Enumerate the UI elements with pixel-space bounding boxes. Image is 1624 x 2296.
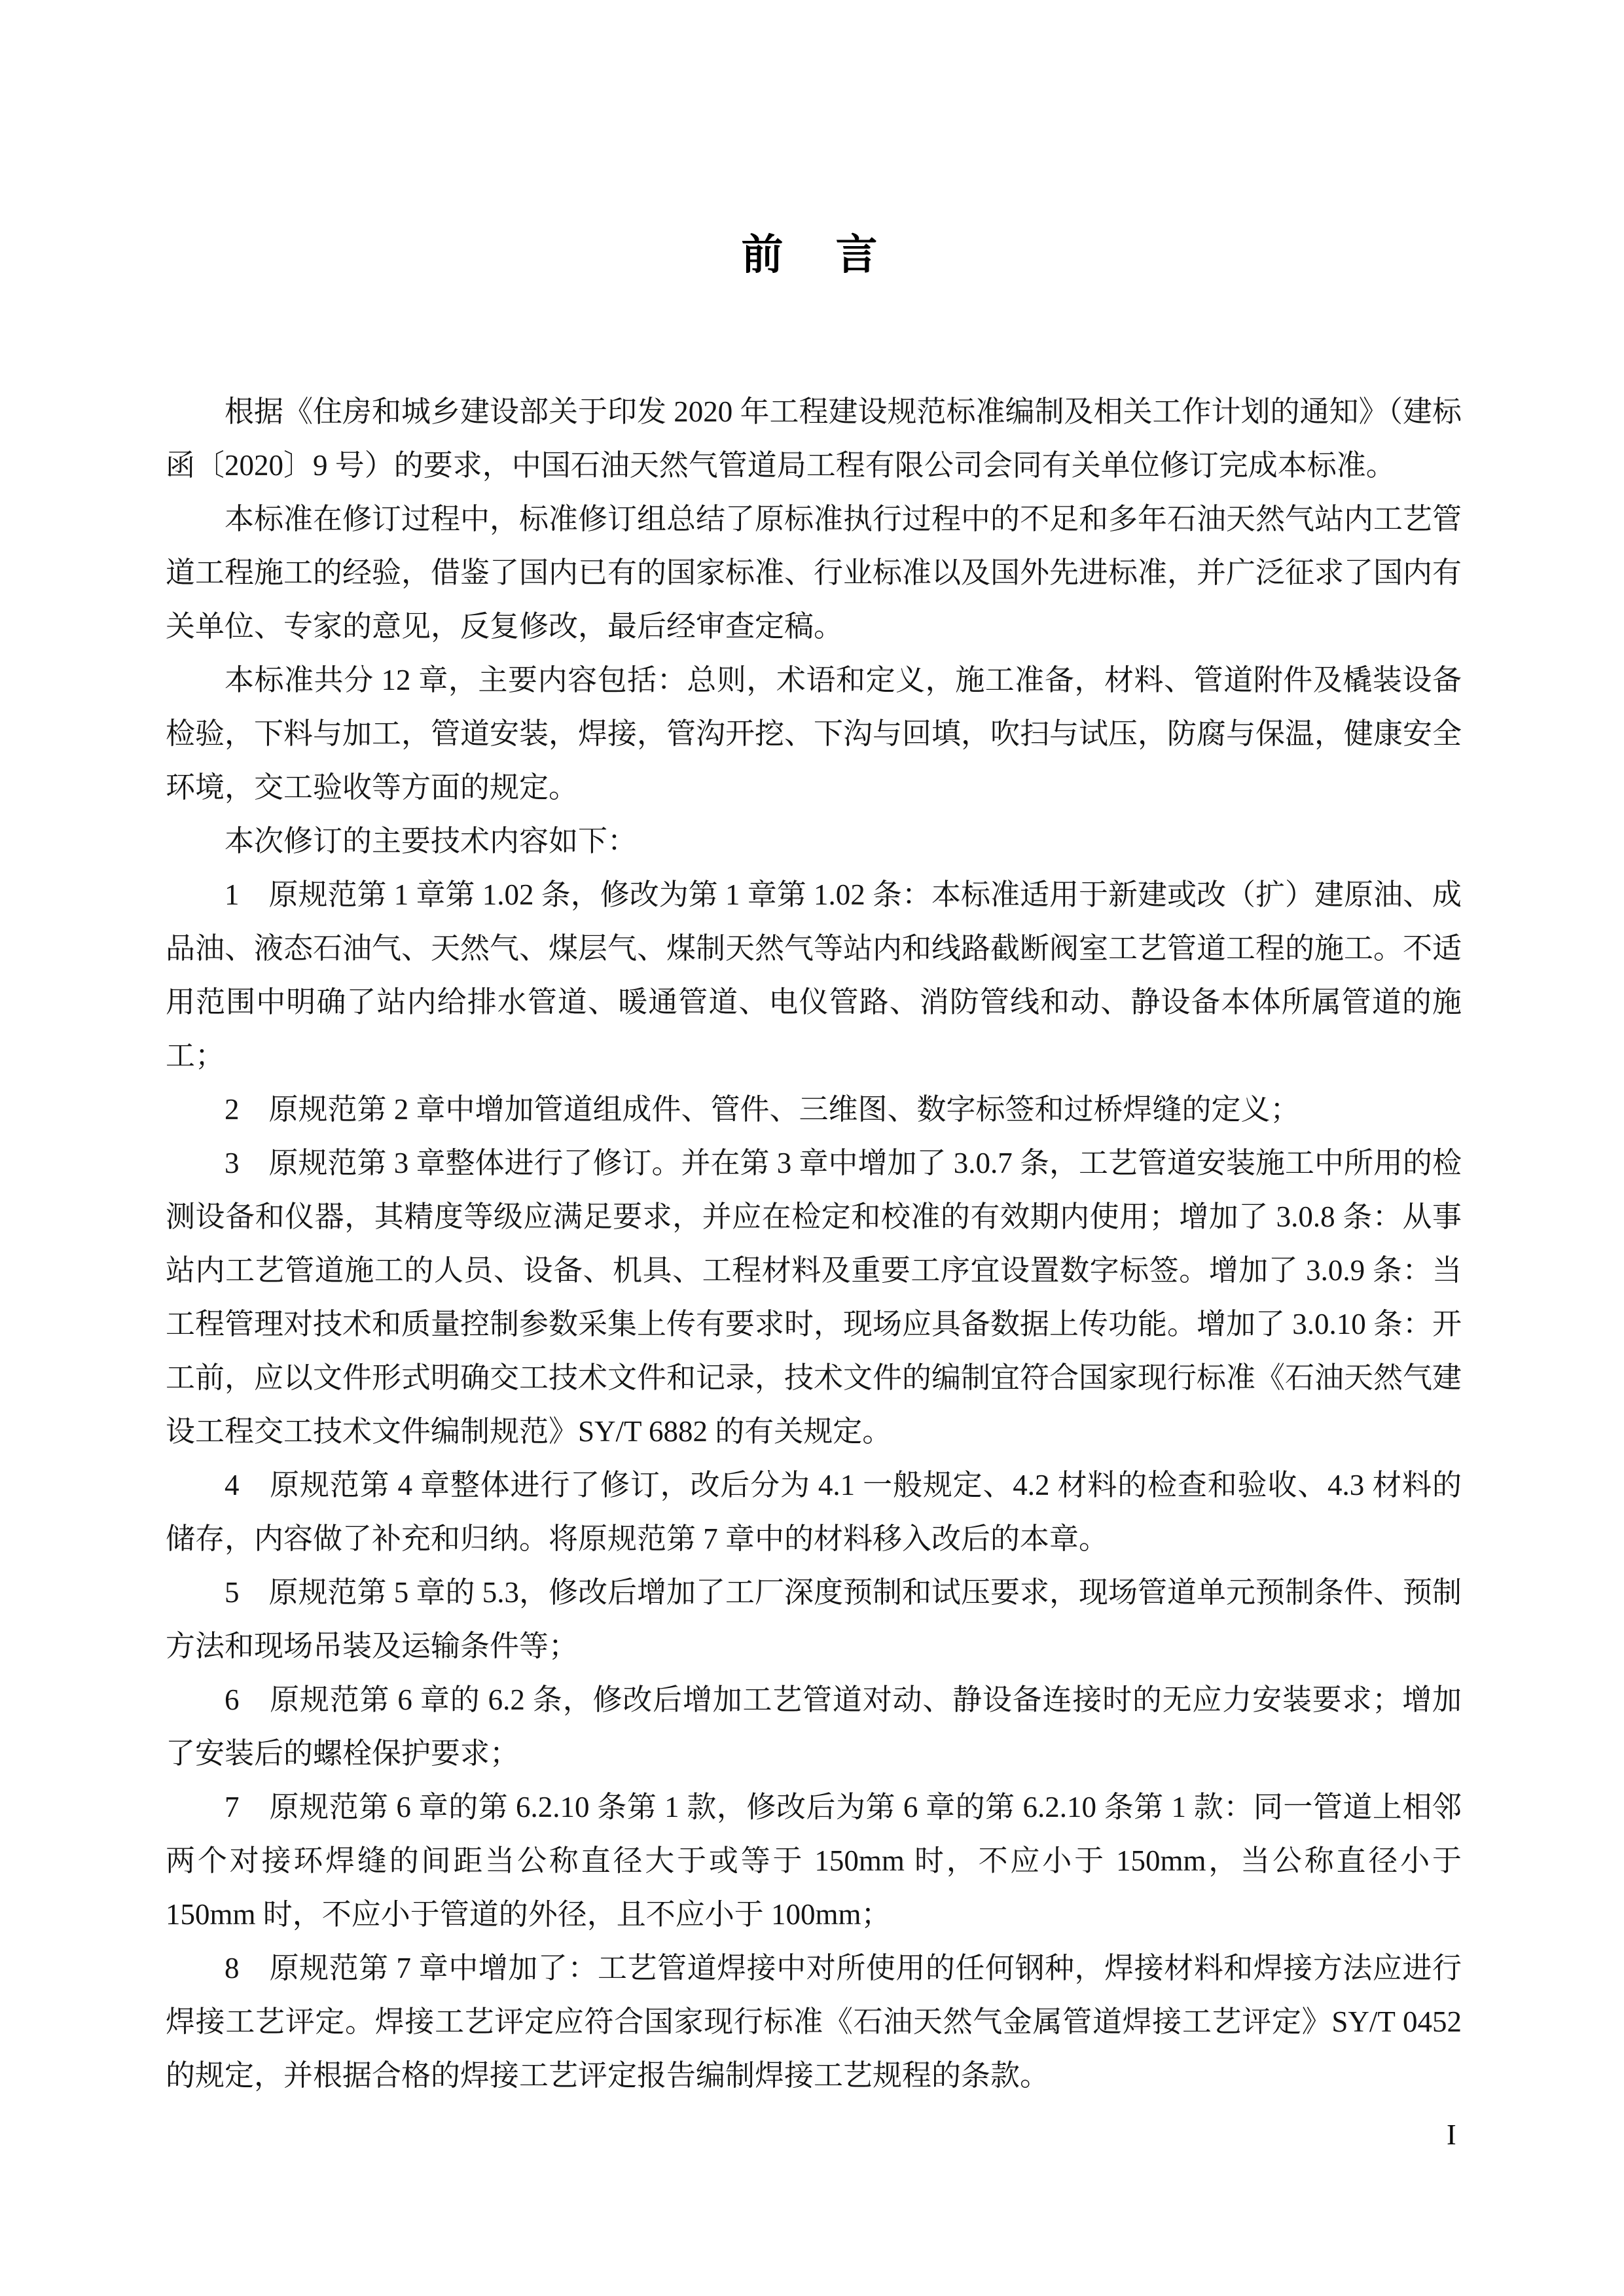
paragraph: 根据《住房和城乡建设部关于印发 2020 年工程建设规范标准编制及相关工作计划的… bbox=[166, 385, 1462, 492]
paragraph: 7 原规范第 6 章的第 6.2.10 条第 1 款，修改后为第 6 章的第 6… bbox=[166, 1780, 1462, 1941]
document-body: 根据《住房和城乡建设部关于印发 2020 年工程建设规范标准编制及相关工作计划的… bbox=[166, 385, 1462, 2102]
document-page: 前 言 根据《住房和城乡建设部关于印发 2020 年工程建设规范标准编制及相关工… bbox=[0, 0, 1624, 2296]
paragraph: 6 原规范第 6 章的 6.2 条，修改后增加工艺管道对动、静设备连接时的无应力… bbox=[166, 1673, 1462, 1780]
page-title: 前 言 bbox=[0, 221, 1624, 281]
paragraph: 2 原规范第 2 章中增加管道组成件、管件、三维图、数字标签和过桥焊缝的定义； bbox=[166, 1083, 1462, 1136]
paragraph: 3 原规范第 3 章整体进行了修订。并在第 3 章中增加了 3.0.7 条，工艺… bbox=[166, 1136, 1462, 1458]
page-number: I bbox=[1447, 2118, 1456, 2151]
paragraph: 本标准共分 12 章，主要内容包括：总则，术语和定义，施工准备，材料、管道附件及… bbox=[166, 653, 1462, 814]
paragraph: 1 原规范第 1 章第 1.02 条，修改为第 1 章第 1.02 条：本标准适… bbox=[166, 868, 1462, 1083]
paragraph: 4 原规范第 4 章整体进行了修订，改后分为 4.1 一般规定、4.2 材料的检… bbox=[166, 1458, 1462, 1566]
paragraph: 8 原规范第 7 章中增加了：工艺管道焊接中对所使用的任何钢种，焊接材料和焊接方… bbox=[166, 1941, 1462, 2102]
paragraph: 5 原规范第 5 章的 5.3，修改后增加了工厂深度预制和试压要求，现场管道单元… bbox=[166, 1566, 1462, 1673]
paragraph: 本次修订的主要技术内容如下： bbox=[166, 814, 1462, 868]
paragraph: 本标准在修订过程中，标准修订组总结了原标准执行过程中的不足和多年石油天然气站内工… bbox=[166, 492, 1462, 653]
